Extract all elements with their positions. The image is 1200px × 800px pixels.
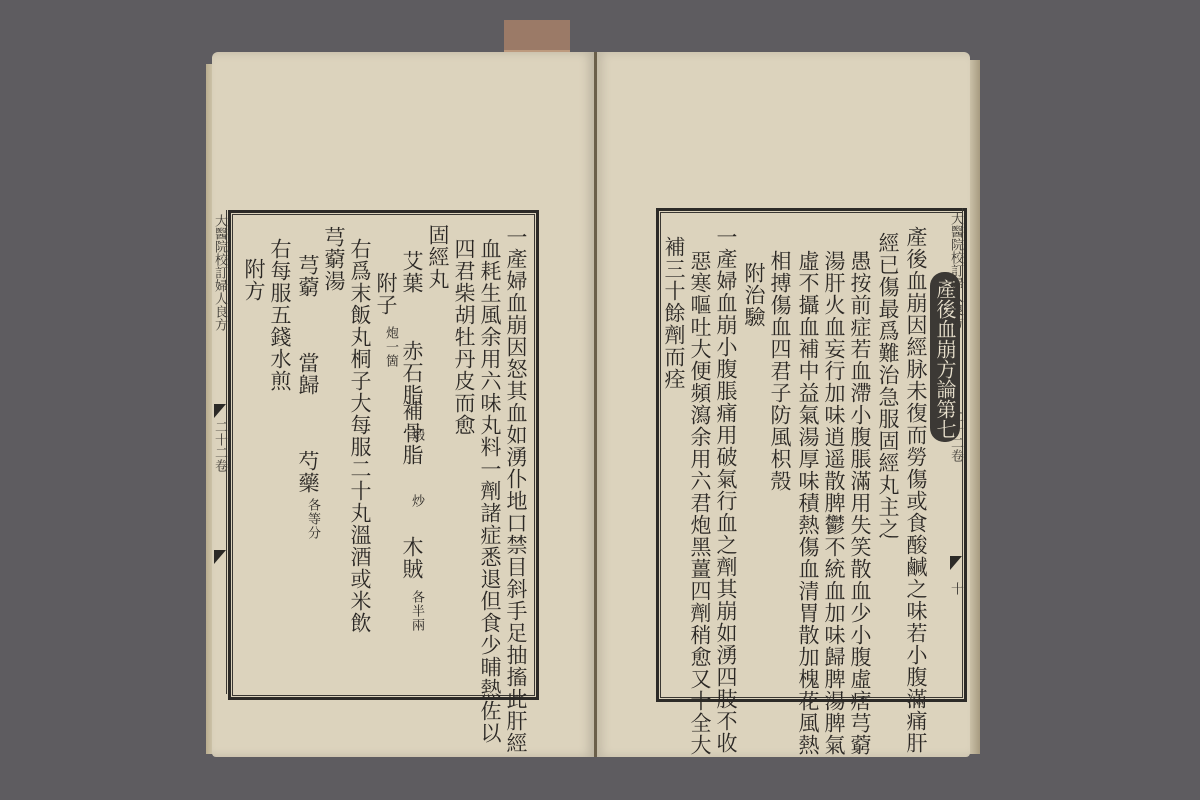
recipe-title: 固經丸 [424, 224, 452, 290]
text-column: 惡寒嘔吐大便頻瀉余用六君炮黑薑四劑稍愈又十全大 [686, 250, 714, 756]
text-column: 虛不攝血補中益氣湯厚味積熱傷血清胃散加槐花風熱 [794, 250, 822, 756]
ingredient: 當歸 [294, 352, 322, 396]
text-column: 一產婦血崩因怒其血如湧仆地口禁目斜手足抽搐此肝經 [502, 226, 530, 754]
ingredient: 芍藥 [294, 450, 322, 494]
ingredient: 附子 [372, 272, 400, 316]
left-margin-volume: 二十二卷 [210, 420, 229, 472]
ingredient-note: 炮一箇 [376, 326, 404, 368]
text-column: 產後血崩因經脉未復而勞傷或食酸鹹之味若小腹滿痛肝 [902, 226, 930, 754]
text-column-heading: 附治驗 [740, 262, 768, 328]
text-column: 四君柴胡牡丹皮而愈 [450, 238, 478, 436]
ingredient: 木賊 [398, 536, 426, 580]
left-margin-title: 大醫院校訂婦人良方 [210, 214, 229, 331]
ingredient: 艾葉 [398, 250, 426, 294]
text-column: 相搏傷血四君子防風枳殼 [766, 250, 794, 492]
text-column: 右爲末飯丸桐子大每服二十丸溫酒或米飲 [346, 238, 374, 634]
text-column: 愚按前症若血滯小腹脹滿用失笑散血少小腹虛痞芎藭 [846, 250, 874, 756]
text-column: 右每服五錢水煎 [266, 238, 294, 392]
ingredient-note: 各等分 [298, 498, 326, 540]
right-margin-page: 十 [946, 582, 965, 595]
recipe-title: 芎藭湯 [320, 226, 348, 292]
text-column: 血耗生風余用六味丸料一劑諸症悉退但食少晡熱佐以 [476, 238, 504, 744]
ingredient: 芎藭 [294, 254, 322, 298]
text-column: 一產婦血崩小腹脹痛用破氣行血之劑其崩如湧四肢不收 [712, 226, 740, 754]
text-column: 補三十餘劑而痊 [660, 236, 688, 390]
section-heading: 附方 [240, 258, 268, 302]
text-column: 經已傷最爲難治急服固經丸主之 [874, 232, 902, 540]
ingredient: 補骨脂 [398, 400, 426, 466]
ingredient-note: 各半兩 [402, 590, 430, 632]
right-margin-volume: 二十二卷 [946, 410, 965, 462]
book-spine-gutter [594, 52, 597, 757]
ingredient-note: 炒 [402, 494, 430, 508]
text-column: 湯肝火血妄行加味逍遥散脾鬱不統血加味歸脾湯脾氣 [820, 250, 848, 756]
right-margin-title: 大醫院校訂婦人良方 [946, 212, 965, 329]
